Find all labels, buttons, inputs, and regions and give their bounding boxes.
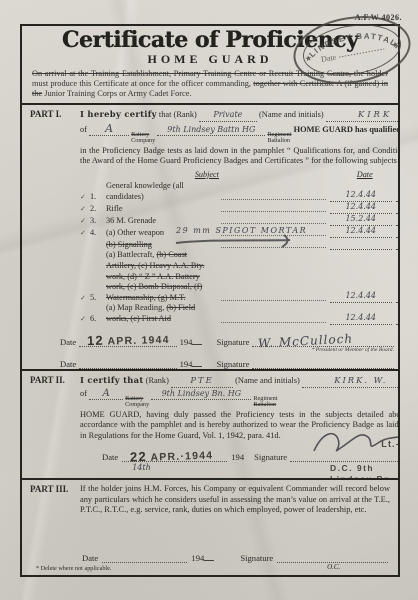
company-label: Company	[131, 138, 155, 145]
stamp-star-left-icon: ★	[304, 53, 312, 63]
signature-label: Signature	[240, 553, 273, 563]
signature-line: W. McCulloch * President or Member of th…	[252, 336, 394, 347]
battalion-label: Battalion	[253, 402, 277, 409]
subject-label: 36 M. Grenade	[106, 216, 156, 225]
part2-body-text: HOME GUARD, having duly passed the Profi…	[80, 410, 398, 442]
part3-date-signature-row: Date 194 Signature O.C.	[22, 552, 398, 563]
subject-row: ✓ 5. (a) Battlecraft, (b) Coast Artiller…	[80, 250, 398, 303]
subject-text: (b) Signalling	[106, 240, 217, 251]
table-column-headers: Subject Date Initials	[80, 170, 398, 181]
date-handwritten-note: 14th	[132, 463, 151, 474]
subject-label: (a) Map Reading,	[106, 303, 166, 312]
name-label: (Name and initials)	[259, 110, 324, 119]
initials-cell: Wf	[396, 202, 398, 214]
rank-value-handwritten: Private	[213, 110, 242, 119]
column-subject: Subject	[80, 170, 334, 181]
date-cell	[330, 238, 392, 250]
subject-text: General knowledge (all candidates)	[106, 181, 217, 202]
tick-mark-icon: ✓	[80, 204, 90, 215]
column-initials: Initials	[396, 170, 398, 181]
row-number: 2.	[90, 204, 106, 215]
date-stamp-day: 22	[130, 449, 147, 465]
signature-line: O.C.	[277, 552, 388, 563]
signature-line: * President or Member of the Board.	[252, 358, 394, 369]
dot-leader	[221, 223, 326, 224]
signature-label: Signature	[254, 452, 287, 463]
subject-row: ✓ 1. General knowledge (all candidates) …	[80, 181, 398, 202]
oc-label: O.C.	[327, 563, 340, 571]
tick-mark-icon: ✓	[80, 216, 90, 227]
battery-company-labels: BatteryCompany	[125, 396, 149, 409]
row-number: 6.	[90, 314, 106, 325]
subject-label: Rifle	[106, 204, 123, 213]
date-line: 12 APR. 1944	[79, 336, 176, 347]
part2-certify-text: I certify that	[80, 375, 144, 385]
of-label: of	[80, 389, 87, 398]
tick-mark-icon: ✓	[80, 192, 90, 203]
subject-text: 36 M. Grenade	[106, 216, 217, 227]
subject-text: (a) Battlecraft, (b) Coast Artillery, (c…	[106, 250, 217, 303]
date-stamp-rest: APR. 1944	[108, 333, 170, 347]
year-label: 194	[231, 452, 244, 463]
initials-cell	[396, 238, 398, 250]
year-blank	[204, 553, 214, 561]
subject-label-struck: (b) Signalling	[106, 240, 152, 249]
part3-body-text: If the holder joins H.M. Forces, his Com…	[80, 484, 390, 516]
dot-leader	[221, 199, 326, 200]
part3-section: PART III. If the holder joins H.M. Force…	[22, 478, 398, 575]
subject-row: ✓ 2. Rifle 12.4.44 Wf	[80, 202, 398, 214]
subject-row: ✓ 4. (a) Other weapon29 mm SPIGOT MORTAR…	[80, 226, 398, 238]
delete-footnote: * Delete where not applicable.	[36, 565, 398, 572]
commanding-unit-stamp: D.C. 9th Lindsey Bn.	[330, 463, 398, 478]
date-cell: 15.2.44	[330, 214, 392, 226]
date-cell: 12.4.44	[330, 202, 392, 214]
tick-mark-icon: ✓	[80, 314, 90, 325]
initials-cell: E.N.	[396, 291, 398, 303]
part2-date-signature-row: Date 22 APR.·1944 14th 194 Signature Lt.…	[80, 451, 398, 462]
date-stamp: 22 APR.·1944	[130, 449, 214, 463]
tick-mark-icon: ✓	[80, 228, 90, 239]
initials-cell: Ka.	[396, 214, 398, 226]
date-label: Date	[102, 452, 118, 463]
regiment-battalion-labels: RegimentBattalion	[253, 396, 277, 409]
of-label: of	[80, 125, 87, 134]
date-label: Date	[60, 337, 76, 347]
date-stamp: 12 APR. 1944	[87, 330, 170, 347]
name-label: (Name and initials)	[235, 376, 300, 385]
year-blank	[192, 359, 202, 367]
dot-leader	[221, 322, 326, 323]
date-label: Date	[82, 553, 98, 563]
initials-cell: Elly.	[396, 226, 398, 238]
signature-line: Lt.-Col.	[290, 451, 398, 462]
rank-label: that (Rank)	[159, 110, 197, 119]
dot-leader	[221, 247, 326, 248]
year-prefix: 194	[180, 359, 193, 369]
name-value-handwritten: KIRK. W.	[334, 375, 387, 385]
date-stamp-rest: APR.·1944	[151, 449, 214, 463]
signature-label: Signature	[216, 359, 249, 369]
intro-text-2: must produce this Certificate at once fo…	[32, 79, 251, 88]
subject-text: (a) Map Reading, (b) Field works, (c) Fi…	[106, 303, 217, 324]
subject-row: ✓ 3. 36 M. Grenade 15.2.44 Ka.	[80, 214, 398, 226]
subject-label: General knowledge (all candidates)	[106, 181, 184, 201]
date-cell: 12.4.44	[330, 291, 392, 303]
president-footnote: * President or Member of the Board.	[312, 347, 394, 353]
home-guard-qualified-text: HOME GUARD has qualified	[294, 125, 398, 134]
date-stamp-day: 12	[87, 332, 104, 347]
row-number: 3.	[90, 216, 106, 227]
date-line	[102, 552, 187, 563]
part1-body-text: in the Proficiency Badge tests as laid d…	[80, 146, 398, 167]
tick-mark-icon: ✓	[80, 293, 90, 304]
stamp-star-right-icon: ★	[391, 40, 399, 50]
year-label: 194	[180, 337, 203, 347]
date-label: Date	[60, 359, 76, 369]
subject-text: Rifle	[106, 204, 217, 215]
date-cell: 12.4.44	[330, 313, 392, 325]
year-prefix: 194	[191, 553, 204, 563]
part2-section: PART II. I certify that (Rank) PTE (Name…	[22, 369, 398, 478]
subject-text: (a) Other weapon29 mm SPIGOT MORTAR	[106, 228, 217, 239]
intro-text-4: Junior Training Corps or Army Cadet Forc…	[44, 89, 191, 98]
company-label: Company	[125, 402, 149, 409]
year-label: 194	[191, 553, 214, 563]
part1-section: PART I. I hereby certify that (Rank) Pri…	[22, 103, 398, 369]
year-blank	[192, 337, 202, 345]
part1-certify-text: I hereby certify	[80, 109, 157, 119]
part1-label: PART I.	[30, 109, 80, 325]
subject-label: (a) Battlecraft,	[106, 250, 156, 259]
company-value-handwritten: A	[105, 122, 113, 135]
battalion-value-handwritten: 9th Lindsey Battn HG	[167, 125, 255, 134]
date-cell: 12.4.44	[330, 190, 392, 202]
dot-leader	[221, 211, 326, 212]
battery-company-labels: BatteryCompany	[131, 132, 155, 145]
stamp-date-label: Date	[320, 53, 337, 64]
row-number: 4.	[90, 228, 106, 239]
company-value-handwritten: A	[102, 388, 109, 399]
date-signature-row: Date 194 Signature * President or Member…	[22, 358, 398, 369]
year-label: 194	[180, 359, 203, 369]
certificate-frame: Certificate of Proficiency HOME GUARD On…	[20, 24, 400, 577]
other-weapon-handwritten: 29 mm SPIGOT MORTAR	[176, 226, 307, 237]
initials-cell: B.Ll	[396, 190, 398, 202]
subject-row: ✓ 6. (a) Map Reading, (b) Field works, (…	[80, 303, 398, 324]
subject-label: (a) Other weapon	[106, 228, 164, 237]
battalion-value-handwritten: 9th Lindsey Bn. HG	[162, 389, 242, 398]
rank-label: (Rank)	[146, 376, 169, 385]
dot-leader	[221, 300, 326, 301]
row-number: 5.	[90, 293, 106, 304]
subject-row: (b) Signalling	[80, 238, 398, 250]
date-line: 22 APR.·1944 14th	[122, 451, 227, 462]
rank-stamp: Lt.-Col.	[381, 439, 398, 450]
initials-cell: A.P.	[396, 313, 398, 325]
rank-value-handwritten: PTE	[190, 375, 213, 385]
date-line	[79, 358, 176, 369]
date-cell: 12.4.44	[330, 226, 392, 238]
signature-label: Signature	[216, 337, 249, 347]
part2-label: PART II.	[30, 375, 80, 478]
battalion-label: Battalion	[267, 138, 291, 145]
column-date: Date	[334, 170, 396, 181]
year-prefix: 194	[180, 337, 193, 347]
row-number: 1.	[90, 192, 106, 203]
date-signature-row: Date 12 APR. 1944 194 Signature W. McCul…	[22, 336, 398, 347]
regiment-battalion-labels: RegimentBattalion	[267, 132, 291, 145]
name-value-handwritten: KIRK W.	[358, 109, 398, 119]
part3-label: PART III.	[30, 484, 80, 516]
